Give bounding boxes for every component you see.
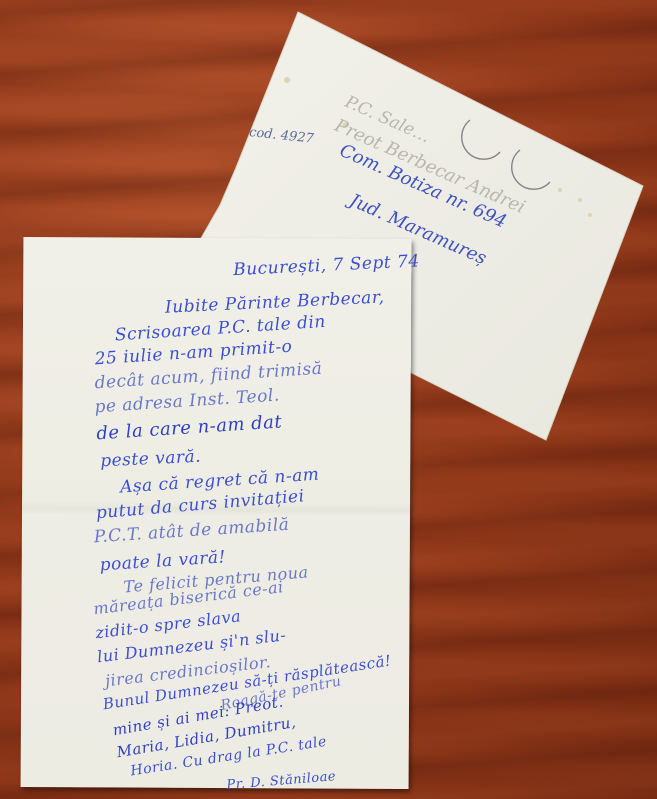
letter-salutation: Iubite Părinte Berbecar,	[165, 287, 385, 317]
letter-line: peste vară.	[100, 447, 202, 472]
handwritten-letter: București, 7 Sept 74 Iubite Părinte Berb…	[21, 237, 412, 789]
letter-place-date: București, 7 Sept 74	[233, 251, 420, 280]
letter-line: de la care n-am dat	[96, 411, 283, 444]
